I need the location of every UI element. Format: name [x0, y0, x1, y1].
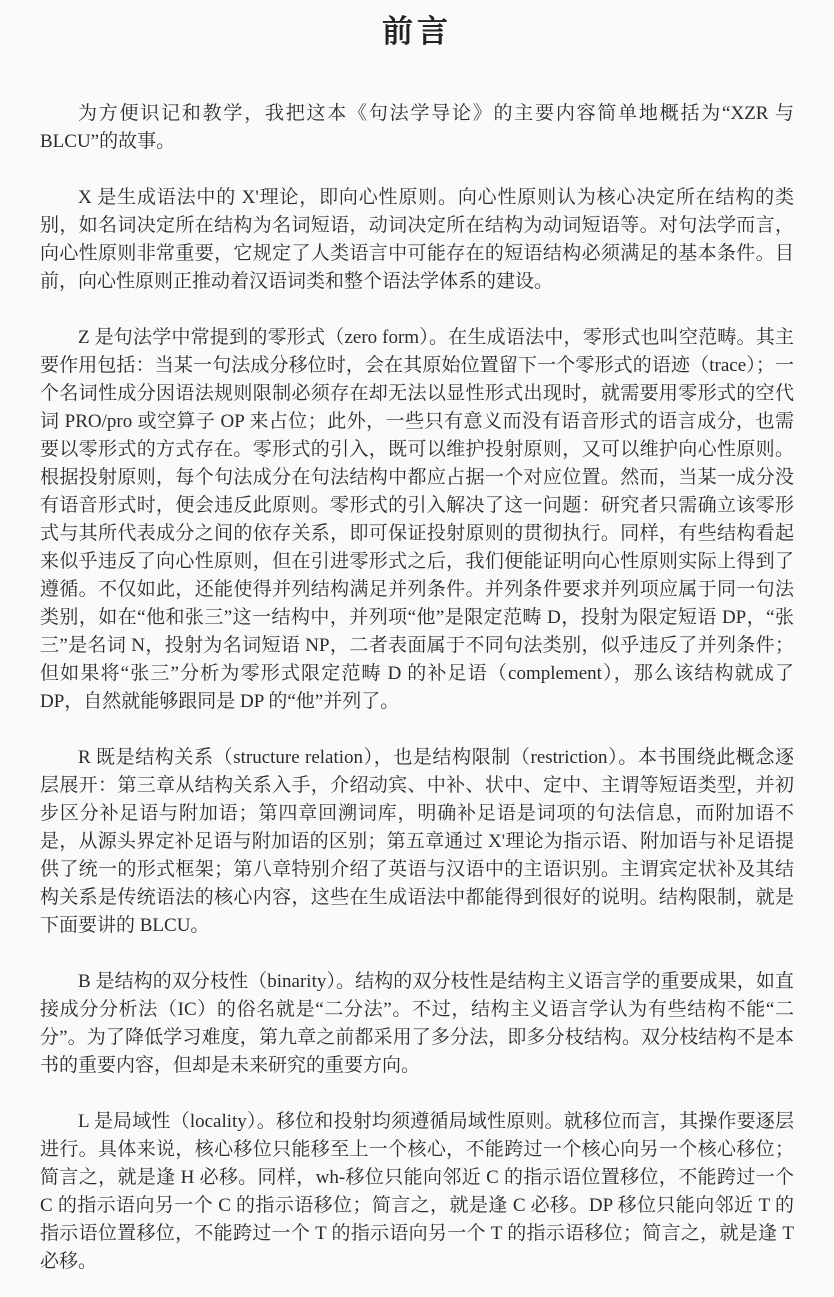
- preface-paragraph-locality: L 是局域性（locality）。移位和投射均须遵循局域性原则。就移位而言，其操…: [40, 1108, 794, 1276]
- page-title: 前言: [40, 10, 794, 54]
- preface-body: 为方便识记和教学，我把这本《句法学导论》的主要内容简单地概括为“XZR 与 BL…: [40, 100, 794, 1276]
- preface-paragraph-zero-form: Z 是句法学中常提到的零形式（zero form）。在生成语法中，零形式也叫空范…: [40, 324, 794, 716]
- preface-paragraph-structure-relation: R 既是结构关系（structure relation），也是结构限制（rest…: [40, 744, 794, 940]
- preface-paragraph-binarity: B 是结构的双分枝性（binarity）。结构的双分枝性是结构主义语言学的重要成…: [40, 968, 794, 1080]
- preface-paragraph-summary: 为方便识记和教学，我把这本《句法学导论》的主要内容简单地概括为“XZR 与 BL…: [40, 100, 794, 156]
- preface-paragraph-x-theory: X 是生成语法中的 X'理论，即向心性原则。向心性原则认为核心决定所在结构的类别…: [40, 184, 794, 296]
- document-page: 前言 为方便识记和教学，我把这本《句法学导论》的主要内容简单地概括为“XZR 与…: [0, 0, 834, 1297]
